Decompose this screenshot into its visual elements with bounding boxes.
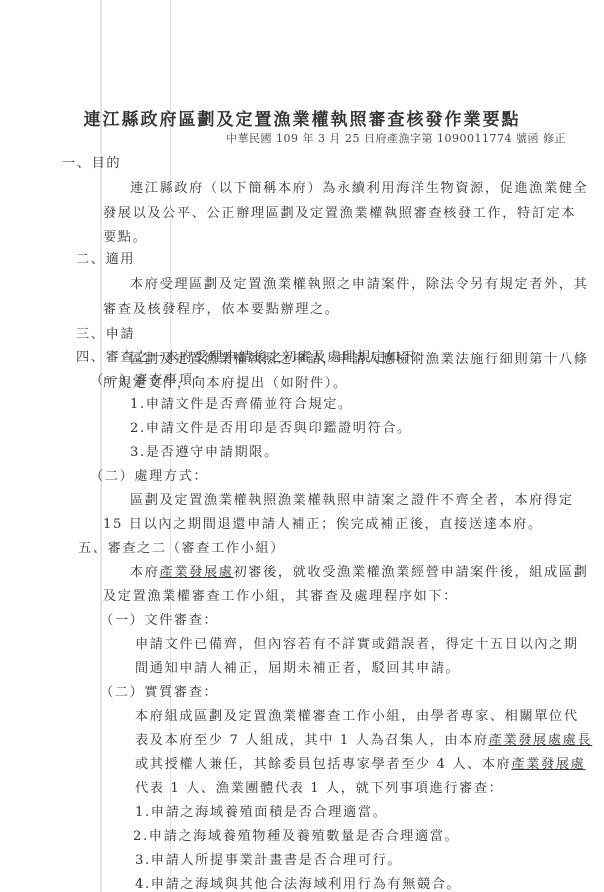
list-item: 4.申請之海域與其他合法海域利用行為有無競合。 — [135, 873, 461, 892]
document-title: 連江縣政府區劃及定置漁業權執照審查核發作業要點 — [0, 105, 604, 130]
paragraph-line: 及定置漁業權審查工作小組，其審查及處理程序如下： — [103, 585, 458, 604]
paragraph-line: 要點。 — [103, 226, 147, 245]
text-span: 初審後，就收受漁業權漁業經營申請案件後，組成區劃 — [234, 565, 589, 580]
section-heading: 二、適用 — [76, 248, 135, 267]
subsection-heading: （一）審查事項： — [90, 369, 208, 388]
paragraph-line: 區劃及定置漁業權執照漁業權執照申請案之證件不齊全者，本府得定 — [130, 489, 574, 508]
subsection-heading: （二）處理方式： — [90, 465, 208, 484]
underlined-dept: 產業發展處 — [511, 757, 585, 772]
paragraph-line: 申請文件已備齊，但內容若有不詳實或錯誤者，得定十五日以內之期 — [135, 633, 579, 652]
list-item: 2.申請之海域養殖物種及養殖數量是否合理適當。 — [133, 825, 459, 844]
text-span: 表及本府至少 7 人組成，其中 1 人為召集人，由本府 — [135, 733, 489, 748]
paragraph-line: 審查及核發程序，依本要點辦理之。 — [103, 298, 340, 317]
paragraph-line: 或其授權人兼任，其餘委員包括專家學者至少 4 人、本府產業發展處 — [135, 753, 585, 772]
subsection-heading: （一）文件審查： — [100, 609, 218, 628]
paragraph-line: 間通知申請人補正，屆期未補正者，駁回其申請。 — [135, 657, 460, 676]
section-heading: 五、審查之二（審查工作小組） — [78, 537, 285, 556]
subsection-heading: （二）實質審查： — [100, 681, 218, 700]
paragraph-line: 發展以及公平、公正辦理區劃及定置漁業權執照審查核發工作，特訂定本 — [103, 202, 576, 221]
paragraph-line: 本府受理區劃及定置漁業權執照之申請案件，除法令另有規定者外，其 — [130, 273, 588, 292]
list-item: 3.是否遵守申請期限。 — [130, 441, 279, 460]
text-span: 或其授權人兼任，其餘委員包括專家學者至少 4 人、本府 — [135, 757, 511, 772]
paragraph-line: 15 日以內之期間退還申請人補正；俟完成補正後，直接送達本府。 — [103, 513, 543, 532]
section-heading: 四、審查之一本府受理申請後之初審及處理規定如下： — [76, 346, 431, 365]
underlined-title: 產業發展處處長 — [489, 733, 593, 748]
paragraph-line: 本府產業發展處初審後，就收受漁業權漁業經營申請案件後，組成區劃 — [130, 561, 588, 580]
paragraph-line: 本府組成區劃及定置漁業權審查工作小組，由學者專家、相關單位代 — [135, 705, 579, 724]
paragraph-line: 連江縣政府（以下簡稱本府）為永續利用海洋生物資源，促進漁業健全 — [130, 177, 588, 196]
list-item: 1.申請文件是否齊備並符合規定。 — [130, 393, 353, 412]
paragraph-line: 代表 1 人、漁業團體代表 1 人，就下列事項進行審查： — [135, 777, 503, 796]
amendment-note: 中華民國 109 年 3 月 25 日府產漁字第 1090011774 號函 修… — [226, 130, 566, 146]
underlined-dept: 產業發展處 — [160, 565, 234, 580]
text-span: 本府 — [130, 565, 160, 580]
list-item: 1.申請之海域養殖面積是否合理適當。 — [135, 801, 387, 820]
list-item: 3.申請人所提事業計畫書是否合理可行。 — [135, 849, 402, 868]
section-heading: 一、目的 — [62, 152, 121, 171]
scan-artifact-line — [100, 0, 102, 892]
list-item: 2.申請文件是否用印是否與印鑑證明符合。 — [130, 417, 412, 436]
paragraph-line: 表及本府至少 7 人組成，其中 1 人為召集人，由本府產業發展處處長 — [135, 729, 592, 748]
section-heading: 三、申請 — [76, 323, 135, 342]
